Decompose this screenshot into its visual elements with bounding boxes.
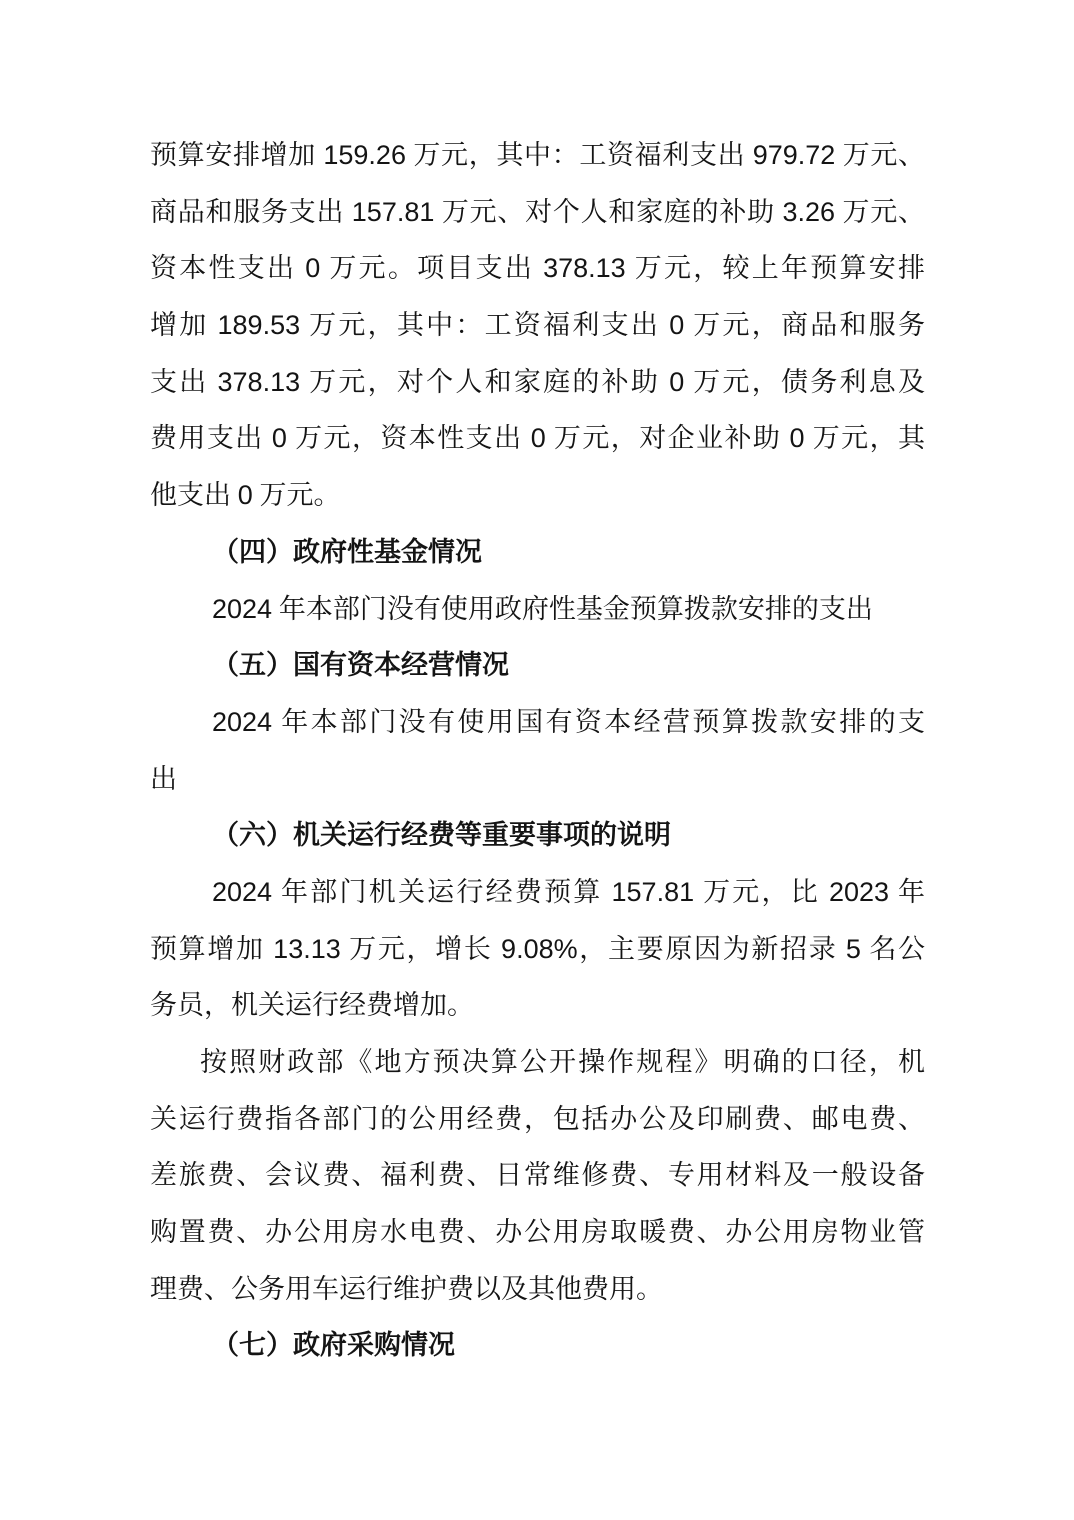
text-line: 商品和服务支出 157.81 万元、对个人和家庭的补助 3.26 万元、 [150, 184, 925, 241]
section-heading-five: （五）国有资本经营情况 [150, 637, 925, 694]
document-text-block: 预算安排增加 159.26 万元，其中：工资福利支出 979.72 万元、 商品… [150, 127, 925, 1374]
text-line: 按照财政部《地方预决算公开操作规程》明确的口径，机 [150, 1034, 925, 1091]
text-line: 预算安排增加 159.26 万元，其中：工资福利支出 979.72 万元、 [150, 127, 925, 184]
text-line: 购置费、办公用房水电费、办公用房取暖费、办公用房物业管 [150, 1204, 925, 1261]
text-line: 2024 年本部门没有使用国有资本经营预算拨款安排的支 [150, 694, 925, 751]
text-line: 预算增加 13.13 万元，增长 9.08%，主要原因为新招录 5 名公 [150, 921, 925, 978]
section-heading-seven: （七）政府采购情况 [150, 1317, 925, 1374]
text-line: 资本性支出 0 万元。项目支出 378.13 万元，较上年预算安排 [150, 240, 925, 297]
text-line: 增加 189.53 万元，其中：工资福利支出 0 万元，商品和服务 [150, 297, 925, 354]
text-line: 务员，机关运行经费增加。 [150, 977, 925, 1034]
text-line: 理费、公务用车运行维护费以及其他费用。 [150, 1261, 925, 1318]
section-heading-six: （六）机关运行经费等重要事项的说明 [150, 807, 925, 864]
text-line: 2024 年本部门没有使用政府性基金预算拨款安排的支出 [150, 581, 925, 638]
text-line: 他支出 0 万元。 [150, 467, 925, 524]
text-line: 费用支出 0 万元，资本性支出 0 万元，对企业补助 0 万元，其 [150, 410, 925, 467]
section-heading-four: （四）政府性基金情况 [150, 524, 925, 581]
text-line: 关运行费指各部门的公用经费，包括办公及印刷费、邮电费、 [150, 1091, 925, 1148]
text-line: 差旅费、会议费、福利费、日常维修费、专用材料及一般设备 [150, 1147, 925, 1204]
text-line: 支出 378.13 万元，对个人和家庭的补助 0 万元，债务利息及 [150, 354, 925, 411]
text-line: 出 [150, 751, 925, 808]
text-line: 2024 年部门机关运行经费预算 157.81 万元，比 2023 年 [150, 864, 925, 921]
document-page: 预算安排增加 159.26 万元，其中：工资福利支出 979.72 万元、 商品… [0, 0, 1074, 1520]
